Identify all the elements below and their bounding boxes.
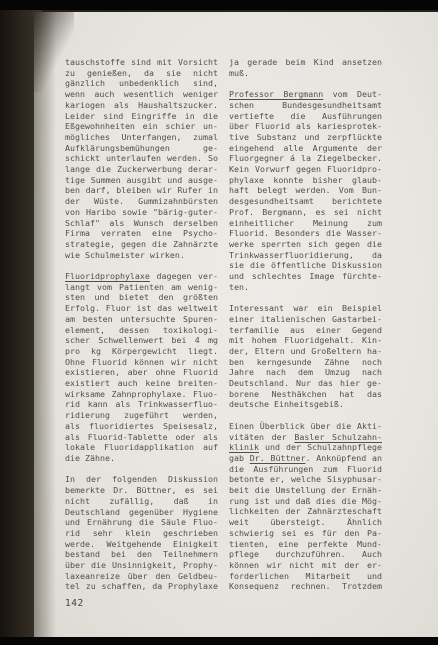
text-segment: zu genießen, da sie nicht <box>65 68 218 78</box>
text-segment: sie die öffentliche Diskussion <box>229 260 382 270</box>
paragraph: Professor Bergmann vom Deut-schen Bundes… <box>229 89 382 292</box>
page-content: tauschstoffe sind mit Vorsichtzu genieße… <box>65 57 382 592</box>
text-line: der Wüste. Gummizahnbürsten <box>65 196 218 207</box>
text-segment: und der Schulzahnpflege <box>259 442 382 452</box>
text-segment: bestand bei den Teilnehmern <box>65 549 218 559</box>
text-segment: desgesundheitsamt berichtete <box>229 196 382 206</box>
text-segment: Eßgewohnheiten ein schier un- <box>65 121 218 131</box>
text-line: einheitlicher Meinung zum <box>229 218 382 229</box>
black-border-top <box>0 0 438 10</box>
scanned-page: tauschstoffe sind mit Vorsichtzu genieße… <box>34 12 438 637</box>
text-segment: beit die Umstellung der Ernäh- <box>229 485 382 495</box>
text-line: nicht zufällig, daß in <box>65 496 218 507</box>
text-line: schickt unterlaufen werden. So <box>65 153 218 164</box>
text-segment: ben kerngesunde Zähne noch <box>229 357 382 367</box>
text-line: vertiefte die Ausführungen <box>229 111 382 122</box>
text-segment: Schlaf" als Wunsch derselben <box>65 218 218 228</box>
text-line: strategie, gegen die Zahnärzte <box>65 239 218 250</box>
underlined-phrase: Basler Schulzahn- <box>294 432 382 442</box>
text-segment: nicht zufällig, daß in <box>65 496 218 506</box>
text-line: über die Unsinnigkeit, Prophy- <box>65 560 218 571</box>
text-line: lichkeiten der Zahnärzteschaft <box>229 506 382 517</box>
text-line: einer italienischen Gastarbei- <box>229 314 382 325</box>
text-line: Deutschland gegenüber Hygiene <box>65 507 218 518</box>
underlined-phrase: Dr. Büttner <box>250 453 306 463</box>
text-segment: eingehend alle Argumente der <box>229 143 382 153</box>
text-segment: In der folgenden Diskussion <box>65 474 218 484</box>
text-segment: betonte er, welche Sisyphusar- <box>229 474 382 484</box>
text-line: pflege durchzuführen. Auch <box>229 549 382 560</box>
text-line: desgesundheitsamt berichtete <box>229 196 382 207</box>
text-segment: von Haribo sowie "bärig-guter- <box>65 207 218 217</box>
text-segment: Konsequenz rechnen. Trotzdem <box>229 581 382 591</box>
text-segment: Trinkwasserfluoridierung, da <box>229 250 382 260</box>
text-segment: als Fluorid-Tablette oder als <box>65 432 218 442</box>
text-line: Schlaf" als Wunsch derselben <box>65 218 218 229</box>
text-segment: ten. <box>229 282 249 292</box>
text-line: ten. <box>229 282 382 293</box>
text-line: sie die öffentliche Diskussion <box>229 260 382 271</box>
text-segment: vom Deut- <box>323 89 382 99</box>
underlined-phrase: Professor Bergmann <box>229 89 323 99</box>
text-line: der, Eltern und Großeltern ha- <box>229 346 382 357</box>
text-line: Fluorid. Besonders die Wasser- <box>229 228 382 239</box>
paragraph: ja gerade beim Kind ansetzenmuß. <box>229 57 382 78</box>
text-segment: tienten, eine perfekte Mund- <box>229 539 382 549</box>
text-segment: pro kg Körpergewicht liegt. <box>65 346 218 356</box>
paragraph: Fluoridprophylaxe dagegen ver-langt vom … <box>65 271 218 464</box>
text-segment: lichkeiten der Zahnärzteschaft <box>229 506 382 516</box>
text-segment: Ohne Fluorid können wir nicht <box>65 357 218 367</box>
text-line: zu genießen, da sie nicht <box>65 68 218 79</box>
text-segment: tel zu schaffen, da Prophylaxe <box>65 581 218 591</box>
text-line: wirksame Zahnprophylaxe. Fluo- <box>65 389 218 400</box>
text-segment: Fluorid. Besonders die Wasser- <box>229 228 382 238</box>
text-line: element, dessen toxikologi- <box>65 325 218 336</box>
text-line: gänzlich unbedenklich sind, <box>65 78 218 89</box>
text-segment: laxeanreize über den Geldbeu- <box>65 571 218 581</box>
text-segment: mögliches Unterfangen, zumal <box>65 132 218 142</box>
text-line: eingehend alle Argumente der <box>229 143 382 154</box>
text-segment: Kein Vorwurf gegen Fluoridpro- <box>229 164 382 174</box>
text-line: Firma verraten eine Psycho- <box>65 228 218 239</box>
text-segment: Leider sind Eingriffe in die <box>65 111 218 121</box>
text-line: deutsche Einheitsgebiß. <box>229 399 382 410</box>
text-line: Prof. Bergmann, es sei nicht <box>229 207 382 218</box>
text-line: Fluorgegner á la Ziegelbecker. <box>229 153 382 164</box>
text-line: tel zu schaffen, da Prophylaxe <box>65 581 218 592</box>
text-line: wie Schulmeister wirken. <box>65 250 218 261</box>
text-line: Deutschland. Nur das hier ge- <box>229 378 382 389</box>
text-segment: terfamilie aus einer Gegend <box>229 325 382 335</box>
text-segment: dagegen ver- <box>150 271 218 281</box>
text-line: vitäten der Basler Schulzahn- <box>229 432 382 443</box>
text-line: können wir nicht mit der er- <box>229 560 382 571</box>
text-segment: werde. Weitgehende Einigkeit <box>65 539 218 549</box>
text-segment: scher Schwellenwert bei 4 mg <box>65 335 218 345</box>
text-segment: sten und bietet den größten <box>65 292 218 302</box>
text-segment: schen Bundesgesundheitsamt <box>229 100 382 110</box>
text-line: rid sehr klein geschrieben <box>65 528 218 539</box>
text-line: beit die Umstellung der Ernäh- <box>229 485 382 496</box>
underlined-phrase: klinik <box>229 442 259 452</box>
text-segment: können wir nicht mit der er- <box>229 560 382 570</box>
text-segment: Erfolg. Fluor ist das weltweit <box>65 303 218 313</box>
text-line: phylaxe konnte bisher glaub- <box>229 175 382 186</box>
text-segment: und Ernährung die Säule Fluo- <box>65 517 218 527</box>
text-segment: ben darf, bleiben wir Rufer in <box>65 185 218 195</box>
text-line: die Ausführungen zum Fluorid <box>229 464 382 475</box>
text-segment: und schlechtes Image fürchte- <box>229 271 382 281</box>
text-segment: rid kann als Trinkwasserfluo- <box>65 399 218 409</box>
text-line: werde. Weitgehende Einigkeit <box>65 539 218 550</box>
text-line: über Fluorid als kariesprotek- <box>229 121 382 132</box>
text-line: Ohne Fluorid können wir nicht <box>65 357 218 368</box>
underlined-phrase: Fluoridprophylaxe <box>65 271 150 281</box>
text-segment: lange die Zuckerwerbung derar- <box>65 164 218 174</box>
text-segment: Deutschland gegenüber Hygiene <box>65 507 218 517</box>
text-line: als Fluorid-Tablette oder als <box>65 432 218 443</box>
text-segment: element, dessen toxikologi- <box>65 325 218 335</box>
text-segment: als fluoridiertes Speisesalz, <box>65 421 218 431</box>
paragraph: tauschstoffe sind mit Vorsichtzu genieße… <box>65 57 218 260</box>
text-segment: Firma verraten eine Psycho- <box>65 228 218 238</box>
text-segment: der Wüste. Gummizahnbürsten <box>65 196 218 206</box>
text-line: gab Dr. Büttner. Anknüpfend an <box>229 453 382 464</box>
photo-background: tauschstoffe sind mit Vorsichtzu genieße… <box>0 0 438 645</box>
text-segment: schickt unterlaufen werden. So <box>65 153 218 163</box>
text-line: langt vom Patienten am wenig- <box>65 282 218 293</box>
text-line: mit hohem Fluoridgehalt. Kin- <box>229 335 382 346</box>
text-line: Fluoridprophylaxe dagegen ver- <box>65 271 218 282</box>
text-line: Aufklärungsbemühungen ge- <box>65 143 218 154</box>
text-segment: muß. <box>229 68 249 78</box>
text-segment: haft belegt werden. Vom Bun- <box>229 185 382 195</box>
text-segment: schwierig sei es für den Pa- <box>229 528 382 538</box>
text-segment: wie Schulmeister wirken. <box>65 250 185 260</box>
text-segment: bemerkte Dr. Büttner, es sei <box>65 485 218 495</box>
text-line: wenn auch wesentlich weniger <box>65 89 218 100</box>
text-column-right: ja gerade beim Kind ansetzenmuß.Professo… <box>229 57 382 592</box>
text-segment: wenn auch wesentlich weniger <box>65 89 218 99</box>
text-line: tige Summen ausgibt und ausge- <box>65 175 218 186</box>
text-segment: wirksame Zahnprophylaxe. Fluo- <box>65 389 218 399</box>
text-segment: weit übersteigt. Ähnlich <box>229 517 382 527</box>
text-line: scher Schwellenwert bei 4 mg <box>65 335 218 346</box>
text-segment: existiert auch keine breiten- <box>65 378 218 388</box>
text-line: Einen Überblick über die Akti- <box>229 421 382 432</box>
text-line: pro kg Körpergewicht liegt. <box>65 346 218 357</box>
text-segment: . Anknüpfend an <box>306 453 383 463</box>
text-column-left: tauschstoffe sind mit Vorsichtzu genieße… <box>65 57 218 592</box>
text-line: als fluoridiertes Speisesalz, <box>65 421 218 432</box>
text-line: Jahre nach dem Umzug nach <box>229 367 382 378</box>
paragraph: Interessant war ein Beispieleiner italie… <box>229 303 382 410</box>
text-segment: tauschstoffe sind mit Vorsicht <box>65 57 218 67</box>
text-line: klinik und der Schulzahnpflege <box>229 442 382 453</box>
text-line: Eßgewohnheiten ein schier un- <box>65 121 218 132</box>
text-line: Interessant war ein Beispiel <box>229 303 382 314</box>
paragraph: In der folgenden Diskussionbemerkte Dr. … <box>65 474 218 592</box>
text-segment: Interessant war ein Beispiel <box>229 303 382 313</box>
text-segment: rid sehr klein geschrieben <box>65 528 218 538</box>
text-line: sten und bietet den größten <box>65 292 218 303</box>
text-line: tauschstoffe sind mit Vorsicht <box>65 57 218 68</box>
text-segment: über Fluorid als kariesprotek- <box>229 121 382 131</box>
text-segment: werke sperrten sich gegen die <box>229 239 382 249</box>
text-line: borene Nesthäkchen hat das <box>229 389 382 400</box>
text-line: mögliches Unterfangen, zumal <box>65 132 218 143</box>
text-line: ridierung zugeführt werden, <box>65 410 218 421</box>
text-line: Erfolg. Fluor ist das weltweit <box>65 303 218 314</box>
text-line: am besten untersuchte Spuren- <box>65 314 218 325</box>
text-segment: gänzlich unbedenklich sind, <box>65 78 218 88</box>
text-line: ben darf, bleiben wir Rufer in <box>65 185 218 196</box>
text-line: Kein Vorwurf gegen Fluoridpro- <box>229 164 382 175</box>
text-segment: forderlichen Mitarbeit und <box>229 571 382 581</box>
text-line: ben kerngesunde Zähne noch <box>229 357 382 368</box>
text-segment: Aufklärungsbemühungen ge- <box>65 143 218 153</box>
text-line: In der folgenden Diskussion <box>65 474 218 485</box>
text-line: bemerkte Dr. Büttner, es sei <box>65 485 218 496</box>
text-line: weit übersteigt. Ähnlich <box>229 517 382 528</box>
text-line: muß. <box>229 68 382 79</box>
text-segment: existieren, aber ohne Fluorid <box>65 367 218 377</box>
text-segment: Jahre nach dem Umzug nach <box>229 367 382 377</box>
text-line: haft belegt werden. Vom Bun- <box>229 185 382 196</box>
text-line: existiert auch keine breiten- <box>65 378 218 389</box>
text-segment: Prof. Bergmann, es sei nicht <box>229 207 382 217</box>
text-segment: Deutschland. Nur das hier ge- <box>229 378 382 388</box>
text-line: Leider sind Eingriffe in die <box>65 111 218 122</box>
text-line: betonte er, welche Sisyphusar- <box>229 474 382 485</box>
text-segment: am besten untersuchte Spuren- <box>65 314 218 324</box>
text-segment: tive Substanz und zerpflückte <box>229 132 382 142</box>
text-line: kariogen als Haushaltszucker. <box>65 100 218 111</box>
text-segment: Fluorgegner á la Ziegelbecker. <box>229 153 382 163</box>
text-line: werke sperrten sich gegen die <box>229 239 382 250</box>
text-line: und schlechtes Image fürchte- <box>229 271 382 282</box>
text-segment: der, Eltern und Großeltern ha- <box>229 346 382 356</box>
text-segment: phylaxe konnte bisher glaub- <box>229 175 382 185</box>
text-line: tive Substanz und zerpflückte <box>229 132 382 143</box>
text-segment: gab <box>229 453 250 463</box>
text-line: existieren, aber ohne Fluorid <box>65 367 218 378</box>
text-line: und Ernährung die Säule Fluo- <box>65 517 218 528</box>
text-line: Professor Bergmann vom Deut- <box>229 89 382 100</box>
text-line: laxeanreize über den Geldbeu- <box>65 571 218 582</box>
text-segment: deutsche Einheitsgebiß. <box>229 399 344 409</box>
text-segment: tige Summen ausgibt und ausge- <box>65 175 218 185</box>
text-line: rid kann als Trinkwasserfluo- <box>65 399 218 410</box>
text-line: schen Bundesgesundheitsamt <box>229 100 382 111</box>
text-line: tienten, eine perfekte Mund- <box>229 539 382 550</box>
text-segment: die Zähne. <box>65 453 115 463</box>
text-segment: einer italienischen Gastarbei- <box>229 314 382 324</box>
text-segment: strategie, gegen die Zahnärzte <box>65 239 218 249</box>
text-segment: ridierung zugeführt werden, <box>65 410 218 420</box>
text-line: lange die Zuckerwerbung derar- <box>65 164 218 175</box>
text-segment: die Ausführungen zum Fluorid <box>229 464 382 474</box>
text-segment: ja gerade beim Kind ansetzen <box>229 57 382 67</box>
text-segment: kariogen als Haushaltszucker. <box>65 100 218 110</box>
text-segment: borene Nesthäkchen hat das <box>229 389 382 399</box>
text-segment: pflege durchzuführen. Auch <box>229 549 382 559</box>
text-line: rung ist und daß dies die Mög- <box>229 496 382 507</box>
text-segment: rung ist und daß dies die Mög- <box>229 496 382 506</box>
text-line: forderlichen Mitarbeit und <box>229 571 382 582</box>
text-line: Trinkwasserfluoridierung, da <box>229 250 382 261</box>
text-line: von Haribo sowie "bärig-guter- <box>65 207 218 218</box>
text-segment: vertiefte die Ausführungen <box>229 111 382 121</box>
text-segment: über die Unsinnigkeit, Prophy- <box>65 560 218 570</box>
text-line: lokale Fluoridapplikation auf <box>65 442 218 453</box>
text-line: schwierig sei es für den Pa- <box>229 528 382 539</box>
page-number: 142 <box>65 598 84 609</box>
text-line: Konsequenz rechnen. Trotzdem <box>229 581 382 592</box>
paragraph: Einen Überblick über die Akti-vitäten de… <box>229 421 382 592</box>
black-border-bottom <box>0 637 438 645</box>
text-segment: vitäten der <box>229 432 294 442</box>
text-segment: mit hohem Fluoridgehalt. Kin- <box>229 335 382 345</box>
text-line: terfamilie aus einer Gegend <box>229 325 382 336</box>
text-line: die Zähne. <box>65 453 218 464</box>
text-segment: Einen Überblick über die Akti- <box>229 421 382 431</box>
text-line: ja gerade beim Kind ansetzen <box>229 57 382 68</box>
text-line: bestand bei den Teilnehmern <box>65 549 218 560</box>
text-segment: einheitlicher Meinung zum <box>229 218 382 228</box>
text-segment: langt vom Patienten am wenig- <box>65 282 218 292</box>
text-segment: lokale Fluoridapplikation auf <box>65 442 218 452</box>
